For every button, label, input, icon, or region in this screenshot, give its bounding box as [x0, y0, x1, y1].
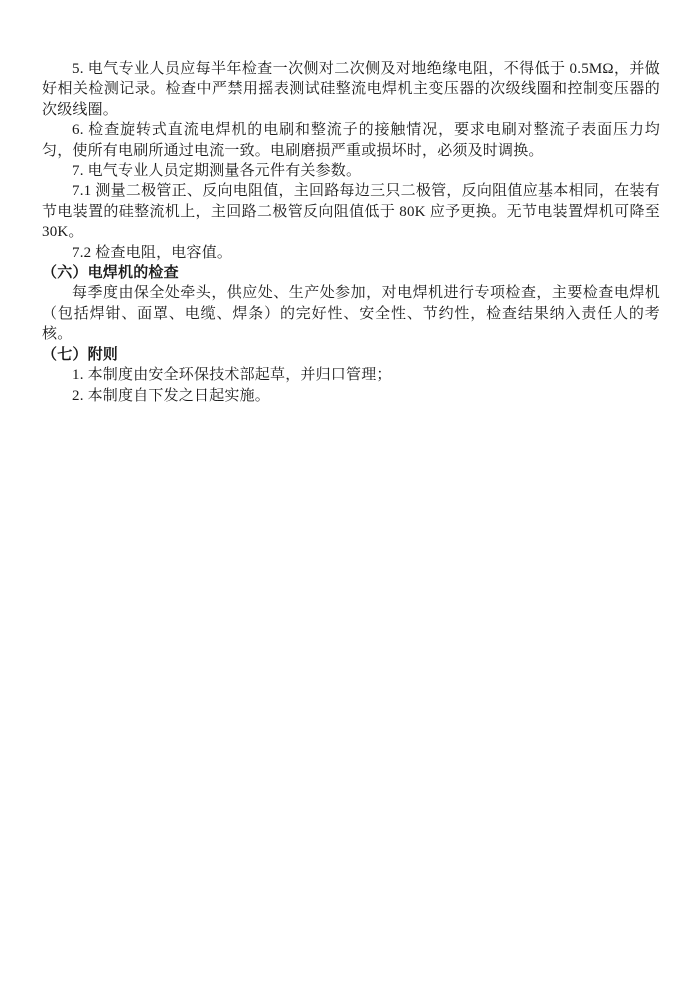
body-paragraph: 7.2 检查电阻，电容值。 [42, 243, 660, 263]
body-paragraph: 2. 本制度自下发之日起实施。 [42, 386, 660, 406]
document-content: 5. 电气专业人员应每半年检查一次侧对二次侧及对地绝缘电阻，不得低于 0.5MΩ… [42, 59, 660, 406]
document-page: 5. 电气专业人员应每半年检查一次侧对二次侧及对地绝缘电阻，不得低于 0.5MΩ… [0, 0, 700, 990]
section-heading: （六）电焊机的检查 [42, 263, 660, 283]
body-paragraph: 6. 检查旋转式直流电焊机的电刷和整流子的接触情况，要求电刷对整流子表面压力均匀… [42, 120, 660, 161]
body-paragraph: 1. 本制度由安全环保技术部起草，并归口管理； [42, 365, 660, 385]
body-paragraph: 5. 电气专业人员应每半年检查一次侧对二次侧及对地绝缘电阻，不得低于 0.5MΩ… [42, 59, 660, 120]
body-paragraph: 每季度由保全处牵头，供应处、生产处参加，对电焊机进行专项检查，主要检查电焊机（包… [42, 283, 660, 344]
body-paragraph: 7.1 测量二极管正、反向电阻值，主回路每边三只二极管，反向阻值应基本相同，在装… [42, 181, 660, 242]
body-paragraph: 7. 电气专业人员定期测量各元件有关参数。 [42, 161, 660, 181]
section-heading: （七）附则 [42, 345, 660, 365]
